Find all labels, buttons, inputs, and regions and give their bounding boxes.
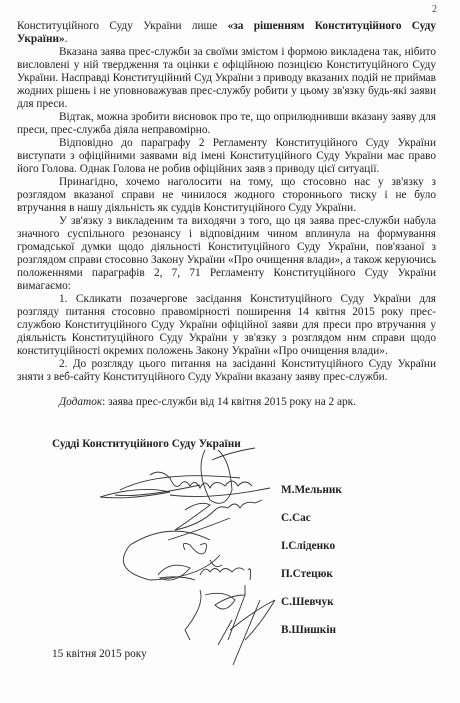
judge-name-6: В.Шишкін	[281, 624, 336, 636]
handwritten-signatures	[0, 0, 460, 703]
judge-name-5: С.Шевчук	[281, 596, 334, 608]
judge-name-3: І.Сліденко	[281, 540, 335, 552]
judge-name-4: П.Стецюк	[281, 568, 333, 580]
document-date: 15 квітня 2015 року	[52, 648, 147, 660]
document-page: 2 Конституційного Суду України лише «за …	[0, 0, 460, 703]
judge-name-1: М.Мельник	[281, 484, 342, 496]
judge-name-2: С.Сас	[281, 512, 311, 524]
